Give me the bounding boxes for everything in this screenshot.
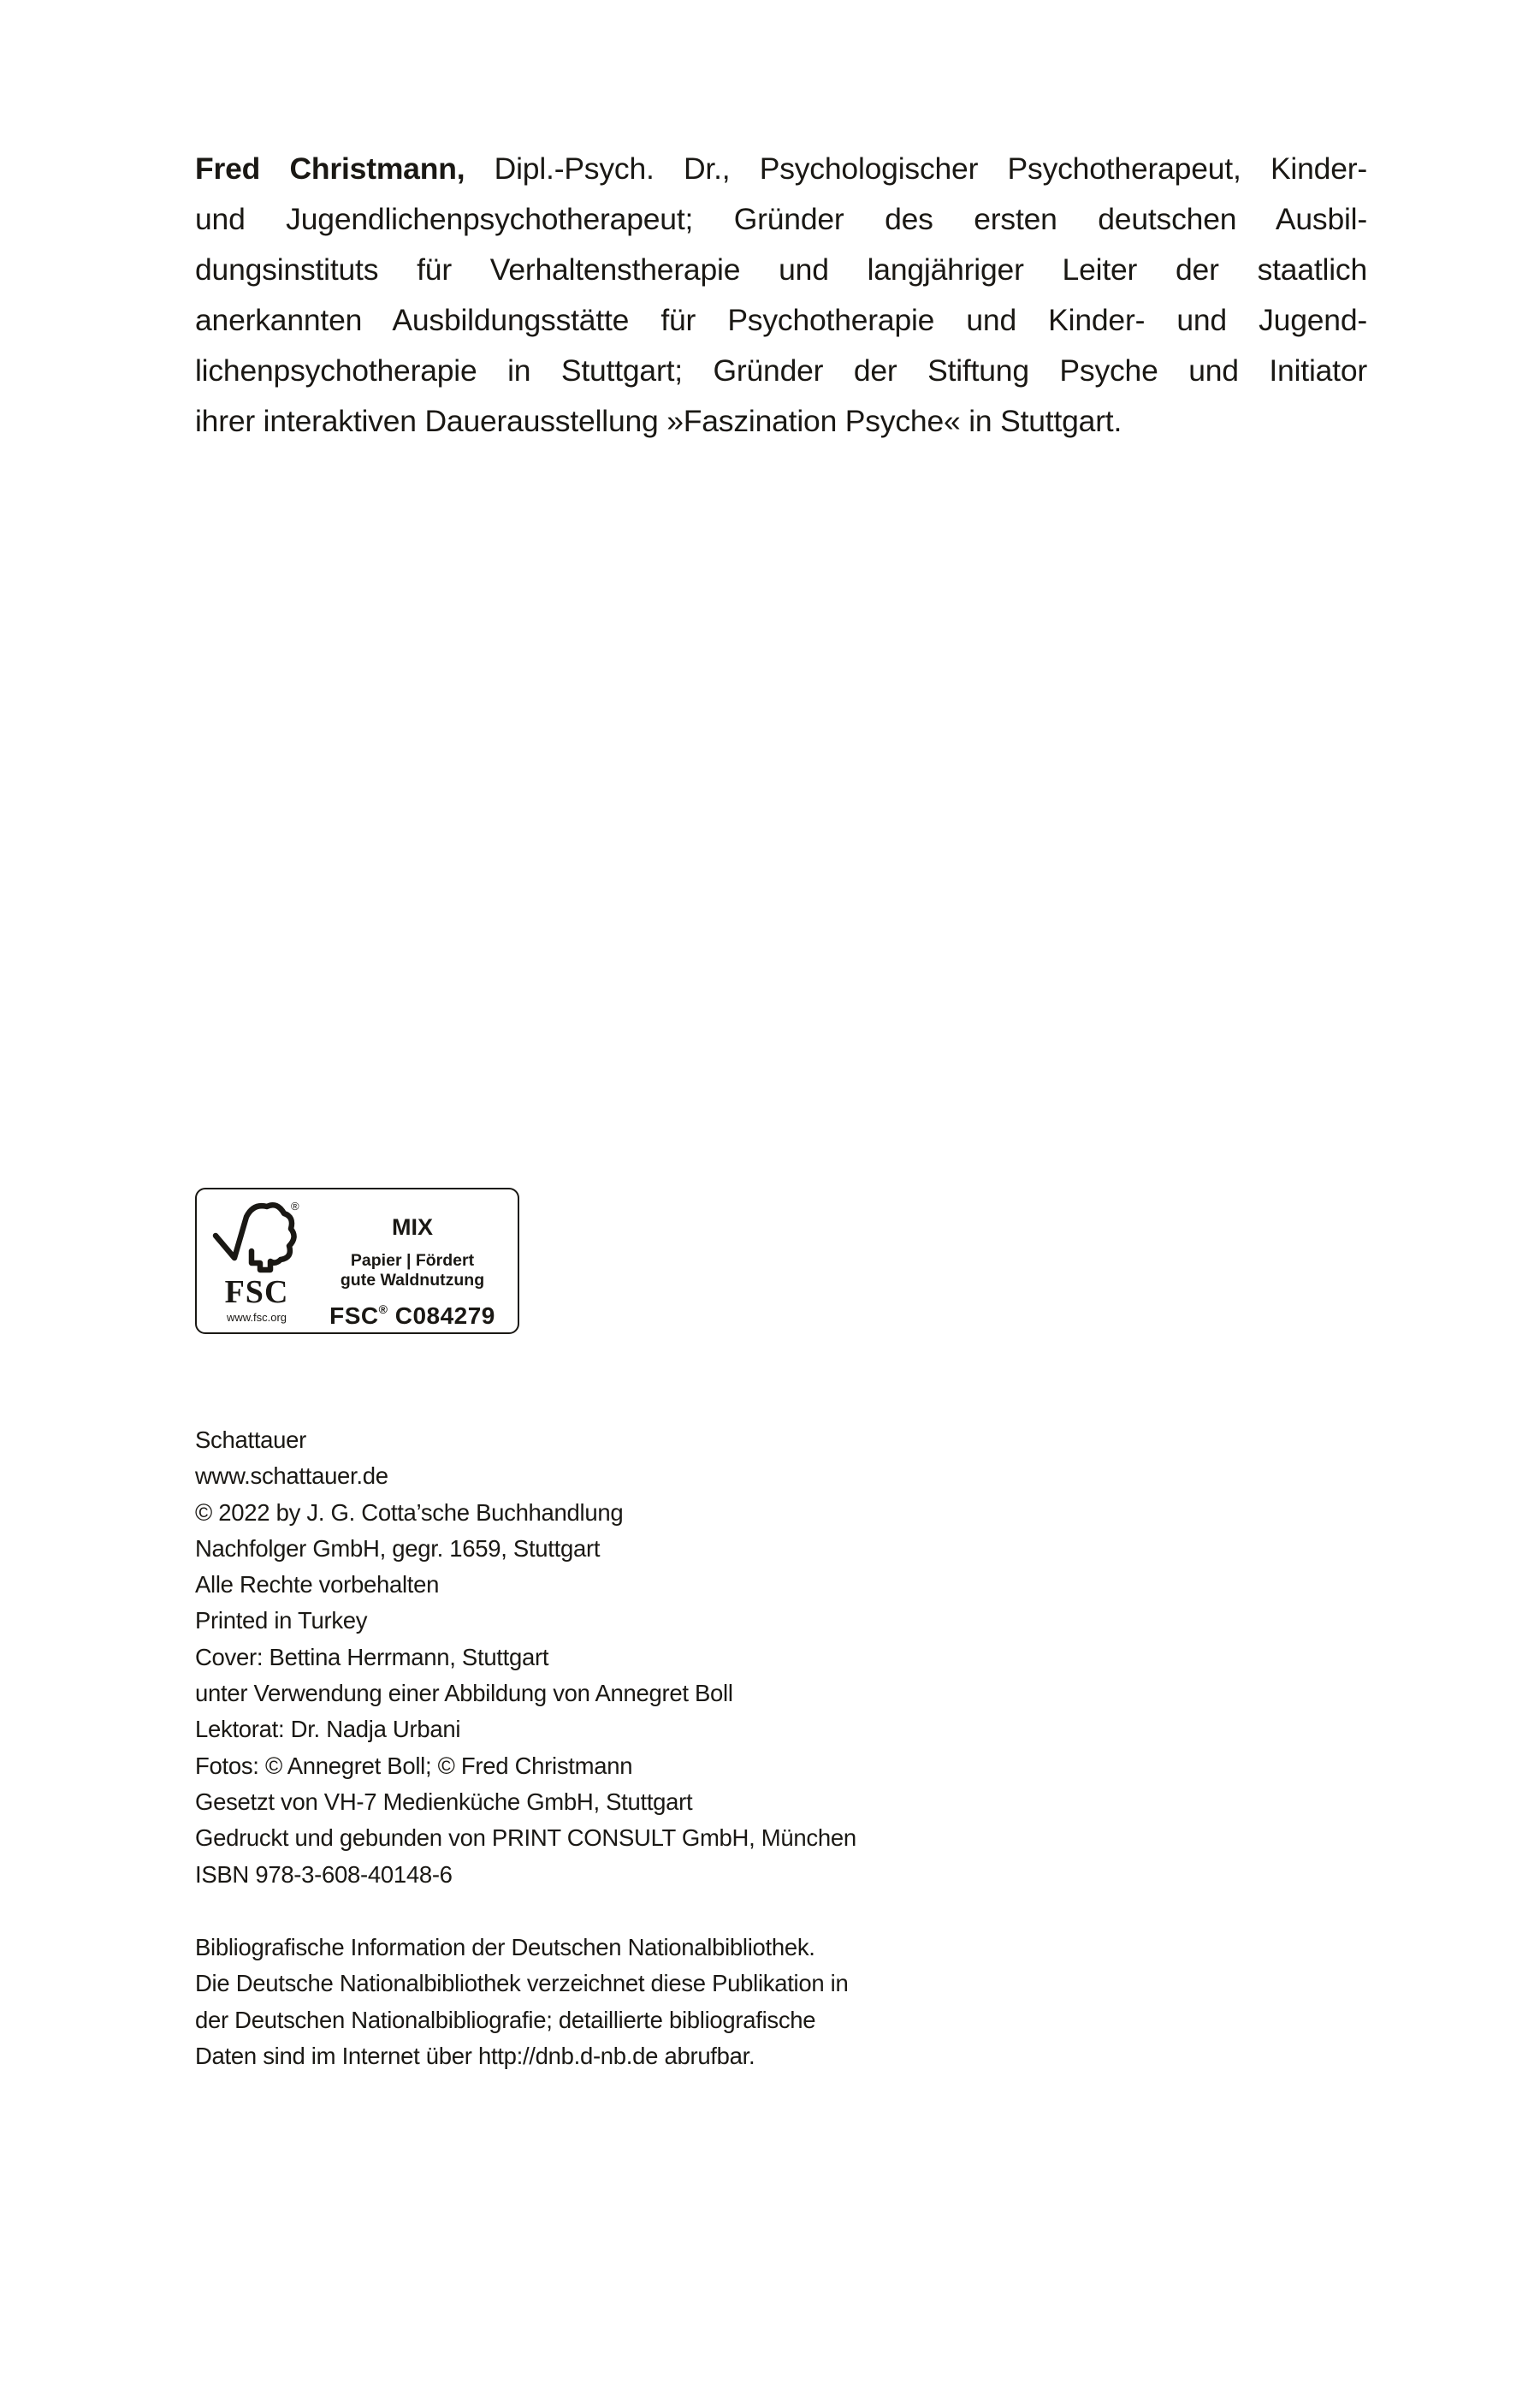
imprint-printed-in: Printed in Turkey <box>195 1603 856 1639</box>
imprint-printing: Gedruckt und gebunden von PRINT CONSULT … <box>195 1820 856 1856</box>
bio-line: und Jugendlichenpsychotherapeut; Gründer… <box>195 194 1367 245</box>
bio-line: Fred Christmann, Dipl.-Psych. Dr., Psych… <box>195 144 1367 194</box>
biblio-line: Bibliografische Information der Deutsche… <box>195 1930 848 1966</box>
bio-line: anerkannten Ausbildungsstätte für Psycho… <box>195 295 1367 346</box>
bio-line-text: Dipl.-Psych. Dr., Psychologischer Psycho… <box>465 151 1367 186</box>
imprint-editor: Lektorat: Dr. Nadja Urbani <box>195 1711 856 1747</box>
bio-line: dungsinstituts für Verhaltenstherapie un… <box>195 245 1367 295</box>
imprint-cover: Cover: Bettina Herrmann, Stuttgart <box>195 1640 856 1675</box>
biblio-line: der Deutschen Nationalbibliografie; deta… <box>195 2002 848 2038</box>
imprint-rights: Alle Rechte vorbehalten <box>195 1567 856 1603</box>
imprint-publisher: Schattauer <box>195 1422 856 1458</box>
fsc-description-line: Papier | Fördert <box>310 1251 515 1271</box>
fsc-logo-text: FSC <box>212 1275 301 1309</box>
imprint-cover-cont: unter Verwendung einer Abbildung von Ann… <box>195 1675 856 1711</box>
imprint-publisher-url: www.schattauer.de <box>195 1458 856 1494</box>
fsc-certification-label: ® FSC www.fsc.org MIX Papier | Fördert g… <box>195 1188 519 1334</box>
fsc-code-prefix: FSC <box>329 1302 379 1329</box>
fsc-code-number: C084279 <box>388 1302 495 1329</box>
bio-line: lichenpsychotherapie in Stuttgart; Gründ… <box>195 346 1367 396</box>
fsc-code-mark: ® <box>379 1302 388 1316</box>
bio-line: ihrer interaktiven Dauerausstellung »Fas… <box>195 396 1367 447</box>
fsc-category: MIX <box>310 1214 515 1240</box>
imprint-isbn: ISBN 978-3-608-40148-6 <box>195 1857 856 1893</box>
fsc-description: Papier | Fördert gute Waldnutzung <box>310 1251 515 1290</box>
imprint-copyright: © 2022 by J. G. Cotta’sche Buchhandlung <box>195 1495 856 1531</box>
imprint-photos: Fotos: © Annegret Boll; © Fred Christman… <box>195 1748 856 1784</box>
fsc-description-line: gute Waldnutzung <box>310 1271 515 1290</box>
author-bio: Fred Christmann, Dipl.-Psych. Dr., Psych… <box>195 144 1367 447</box>
biblio-line: Daten sind im Internet über http://dnb.d… <box>195 2038 848 2074</box>
imprint-block: Schattauer www.schattauer.de © 2022 by J… <box>195 1422 856 1893</box>
registered-mark: ® <box>291 1200 299 1213</box>
fsc-tree-checkmark-icon: ® <box>209 1198 301 1284</box>
bibliographic-info: Bibliografische Information der Deutsche… <box>195 1930 848 2074</box>
imprint-copyright-cont: Nachfolger GmbH, gegr. 1659, Stuttgart <box>195 1531 856 1567</box>
author-name: Fred Christmann, <box>195 151 465 186</box>
biblio-line: Die Deutsche Nationalbibliothek verzeich… <box>195 1966 848 2002</box>
fsc-url: www.fsc.org <box>207 1311 306 1325</box>
fsc-license-code: FSC® C084279 <box>310 1296 515 1329</box>
imprint-typesetting: Gesetzt von VH-7 Medienküche GmbH, Stutt… <box>195 1784 856 1820</box>
